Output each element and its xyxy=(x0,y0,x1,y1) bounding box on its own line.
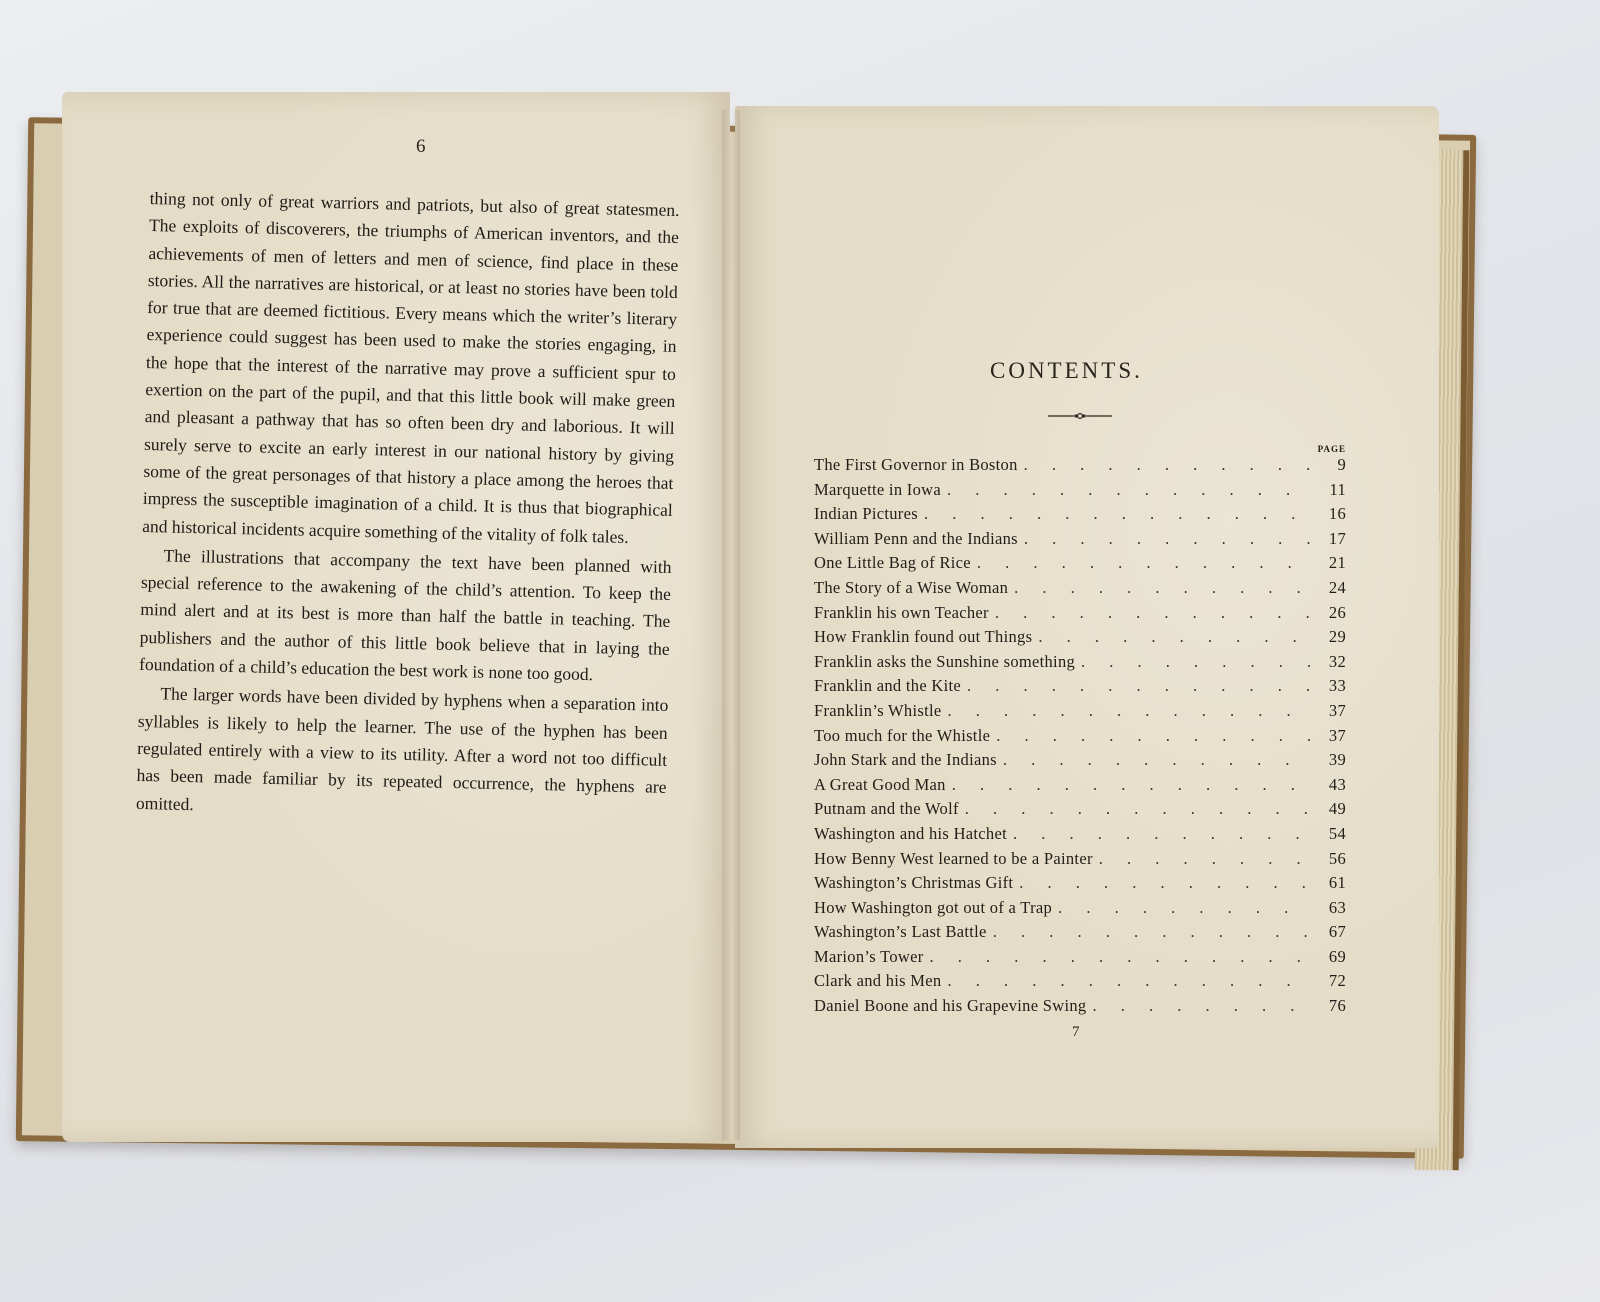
toc-entry-page: 33 xyxy=(1316,676,1346,696)
toc-entry-title: John Stark and the Indians xyxy=(814,750,997,770)
toc-entry-title: Franklin his own Teacher xyxy=(814,603,989,623)
toc-entry: The First Governor in Boston9 xyxy=(814,455,1346,480)
toc-entry: Franklin his own Teacher26 xyxy=(814,603,1346,628)
leader-dots xyxy=(947,971,1310,991)
toc-entry-page: 37 xyxy=(1316,701,1346,721)
toc-entry: A Great Good Man43 xyxy=(814,775,1346,800)
toc-entry: Too much for the Whistle37 xyxy=(814,726,1346,751)
toc-entry-page: 11 xyxy=(1316,480,1346,500)
toc-entry-page: 56 xyxy=(1316,849,1346,869)
toc-entry-title: How Washington got out of a Trap xyxy=(814,898,1052,918)
toc-entry-title: Franklin and the Kite xyxy=(814,676,961,696)
toc-entry-page: 49 xyxy=(1316,799,1346,819)
toc-entry-title: Franklin’s Whistle xyxy=(814,701,941,721)
toc-entry: Daniel Boone and his Grapevine Swing76 xyxy=(814,996,1346,1021)
toc-entry-title: How Benny West learned to be a Painter xyxy=(814,849,1093,869)
leader-dots xyxy=(967,676,1310,696)
ornament-divider-icon xyxy=(1048,410,1112,422)
leader-dots xyxy=(1013,824,1310,844)
toc-entry: How Benny West learned to be a Painter56 xyxy=(814,849,1346,874)
leader-dots xyxy=(965,799,1310,819)
toc-entry-title: Putnam and the Wolf xyxy=(814,799,959,819)
leader-dots xyxy=(947,701,1310,721)
toc-entry-title: William Penn and the Indians xyxy=(814,529,1018,549)
toc-entry-page: 16 xyxy=(1316,504,1346,524)
toc-entry-title: Clark and his Men xyxy=(814,971,941,991)
toc-entry-page: 9 xyxy=(1316,455,1346,475)
leader-dots xyxy=(1038,627,1310,647)
toc-entry-title: Daniel Boone and his Grapevine Swing xyxy=(814,996,1086,1016)
preface-paragraph: The larger words have been divided by hy… xyxy=(136,680,669,828)
contents-heading: CONTENTS. xyxy=(990,358,1143,384)
toc-entry-title: Franklin asks the Sunshine something xyxy=(814,652,1075,672)
leader-dots xyxy=(1099,849,1310,869)
toc-entry: Washington’s Christmas Gift61 xyxy=(814,873,1346,898)
leader-dots xyxy=(952,775,1310,795)
leader-dots xyxy=(977,553,1310,573)
leader-dots xyxy=(1024,529,1310,549)
toc-entry-title: The Story of a Wise Woman xyxy=(814,578,1008,598)
leader-dots xyxy=(1058,898,1310,918)
toc-entry: Clark and his Men72 xyxy=(814,971,1346,996)
toc-entry-title: One Little Bag of Rice xyxy=(814,553,971,573)
preface-paragraph: thing not only of great warriors and pat… xyxy=(142,185,680,552)
toc-entry: John Stark and the Indians39 xyxy=(814,750,1346,775)
toc-entry: The Story of a Wise Woman24 xyxy=(814,578,1346,603)
toc-entry-page: 37 xyxy=(1316,726,1346,746)
leader-dots xyxy=(1081,652,1310,672)
toc-entry-page: 39 xyxy=(1316,750,1346,770)
toc-entry: Marquette in Iowa11 xyxy=(814,480,1346,505)
leader-dots xyxy=(1092,996,1310,1016)
toc-entry: Franklin asks the Sunshine something32 xyxy=(814,652,1346,677)
leader-dots xyxy=(947,480,1310,500)
toc-entry: William Penn and the Indians17 xyxy=(814,529,1346,554)
toc-entry-title: A Great Good Man xyxy=(814,775,946,795)
toc-entry: Washington’s Last Battle67 xyxy=(814,922,1346,947)
toc-entry-title: Too much for the Whistle xyxy=(814,726,990,746)
toc-entry: Putnam and the Wolf49 xyxy=(814,799,1346,824)
toc-entry-page: 61 xyxy=(1316,873,1346,893)
toc-entry-page: 69 xyxy=(1316,947,1346,967)
leader-dots xyxy=(930,947,1310,967)
toc-entry-page: 43 xyxy=(1316,775,1346,795)
toc-entry-title: Marquette in Iowa xyxy=(814,480,941,500)
toc-entry-page: 29 xyxy=(1316,627,1346,647)
toc-entry: Washington and his Hatchet54 xyxy=(814,824,1346,849)
preface-paragraph: The illustrations that accompany the tex… xyxy=(139,542,672,690)
toc-entry-title: Washington’s Christmas Gift xyxy=(814,873,1013,893)
toc-entry: Indian Pictures16 xyxy=(814,504,1346,529)
preface-text: thing not only of great warriors and pat… xyxy=(136,185,680,829)
leader-dots xyxy=(995,603,1310,623)
leader-dots xyxy=(1019,873,1310,893)
leader-dots xyxy=(1014,578,1310,598)
toc-entry: Marion’s Tower69 xyxy=(814,947,1346,972)
toc-entry-title: Washington’s Last Battle xyxy=(814,922,987,942)
toc-entry-title: How Franklin found out Things xyxy=(814,627,1032,647)
toc-entry: One Little Bag of Rice21 xyxy=(814,553,1346,578)
book-gutter xyxy=(722,110,740,1140)
leader-dots xyxy=(924,504,1310,524)
left-page-number: 6 xyxy=(416,136,426,158)
leader-dots xyxy=(993,922,1310,942)
toc-entry: How Washington got out of a Trap63 xyxy=(814,898,1346,923)
page-column-header: PAGE xyxy=(814,444,1346,454)
table-of-contents: PAGE The First Governor in Boston9Marque… xyxy=(814,444,1346,1021)
toc-entry-page: 72 xyxy=(1316,971,1346,991)
toc-entry-page: 76 xyxy=(1316,996,1346,1016)
toc-entry-page: 21 xyxy=(1316,553,1346,573)
toc-entry-title: Marion’s Tower xyxy=(814,947,924,967)
toc-entry: Franklin’s Whistle37 xyxy=(814,701,1346,726)
toc-entry: Franklin and the Kite33 xyxy=(814,676,1346,701)
toc-entry-title: Indian Pictures xyxy=(814,504,918,524)
toc-entry-page: 32 xyxy=(1316,652,1346,672)
leader-dots xyxy=(1003,750,1310,770)
toc-entry-page: 17 xyxy=(1316,529,1346,549)
toc-entry: How Franklin found out Things29 xyxy=(814,627,1346,652)
right-page-number: 7 xyxy=(1072,1024,1080,1041)
toc-entry-page: 67 xyxy=(1316,922,1346,942)
leader-dots xyxy=(996,726,1310,746)
toc-entry-page: 24 xyxy=(1316,578,1346,598)
toc-entry-title: The First Governor in Boston xyxy=(814,455,1018,475)
toc-entry-page: 63 xyxy=(1316,898,1346,918)
toc-entry-page: 54 xyxy=(1316,824,1346,844)
leader-dots xyxy=(1024,455,1310,475)
toc-entry-page: 26 xyxy=(1316,603,1346,623)
toc-entry-title: Washington and his Hatchet xyxy=(814,824,1007,844)
